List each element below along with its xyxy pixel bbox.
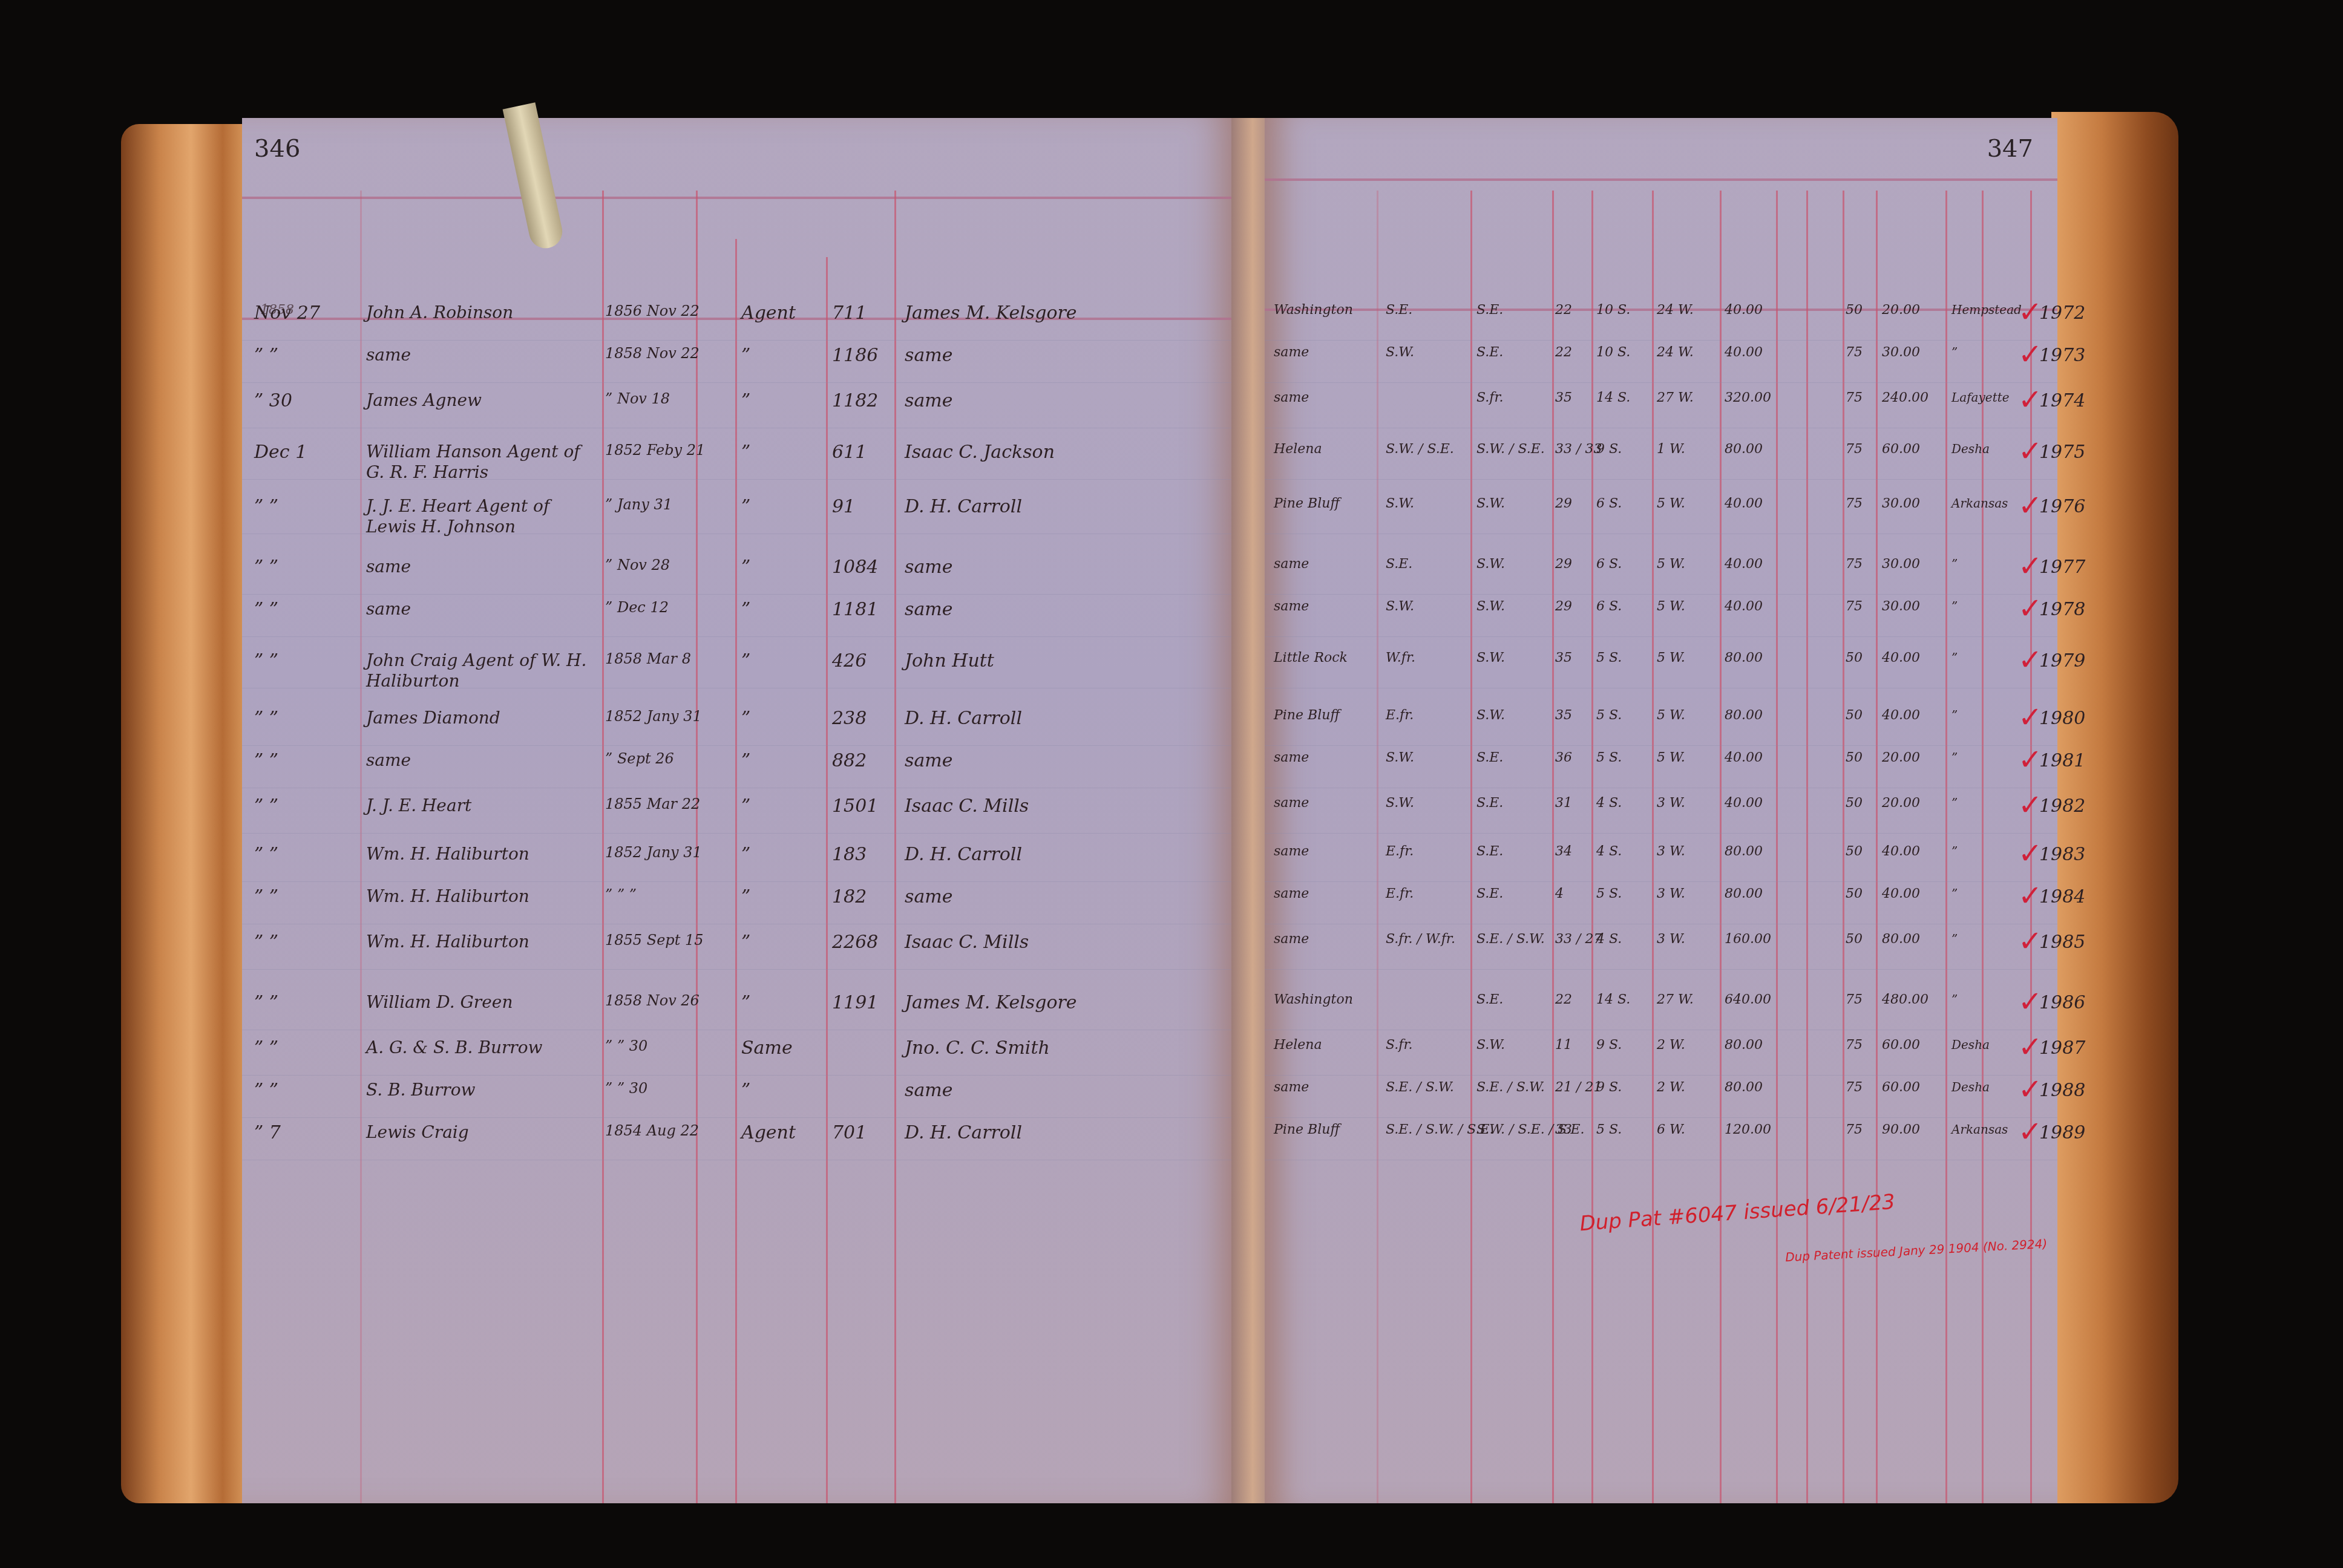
amount: 90.00 bbox=[1882, 1122, 1920, 1137]
original-date: 1858 Mar 8 bbox=[605, 650, 691, 667]
subdivision-1: S.E. bbox=[1386, 557, 1412, 572]
acres: 160.00 bbox=[1725, 932, 1771, 947]
amount: 60.00 bbox=[1882, 442, 1920, 457]
acres: 640.00 bbox=[1725, 992, 1771, 1007]
original-date: 1858 Nov 26 bbox=[605, 992, 700, 1009]
land-office: Helena bbox=[1274, 1037, 1322, 1053]
county: Desha bbox=[1951, 442, 1990, 456]
applicant-name: James Diamond bbox=[366, 708, 596, 728]
range: 24 W. bbox=[1657, 302, 1694, 318]
open-ledger: 346 1858 Nov 27 John A. Robinson 1856 No… bbox=[121, 106, 2178, 1521]
subdivision-1: E.fr. bbox=[1386, 886, 1414, 901]
entry-date: Dec 1 bbox=[254, 442, 357, 463]
rate-cents: 50 bbox=[1846, 795, 1863, 811]
range: 5 W. bbox=[1657, 708, 1685, 723]
amount: 60.00 bbox=[1882, 1080, 1920, 1095]
township: 5 S. bbox=[1596, 708, 1622, 723]
entry-number: 1982 bbox=[2039, 795, 2085, 817]
subdivision-1: S.W. bbox=[1386, 750, 1414, 765]
register-officer: D. H. Carroll bbox=[905, 708, 1022, 729]
amount: 60.00 bbox=[1882, 1037, 1920, 1053]
annotation-duplicate-patent: Dup Pat #6047 issued 6/21/23 bbox=[1579, 1190, 1896, 1236]
original-date: 1852 Jany 31 bbox=[605, 708, 702, 725]
entry-number: 1983 bbox=[2039, 844, 2085, 865]
rate-cents: 50 bbox=[1846, 708, 1863, 723]
township: 14 S. bbox=[1596, 992, 1630, 1007]
ruled-line bbox=[242, 636, 1240, 637]
table-row: Helena S.fr. S.W. 11 9 S. 2 W. 80.00 75 … bbox=[1265, 1037, 2057, 1074]
township: 4 S. bbox=[1596, 844, 1622, 859]
entry-date: ” ” bbox=[254, 345, 357, 366]
range: 5 W. bbox=[1657, 750, 1685, 765]
entry-date: ” ” bbox=[254, 932, 357, 953]
ruled-line bbox=[242, 594, 1240, 595]
rate-cents: 50 bbox=[1846, 932, 1863, 947]
certificate-number: 1191 bbox=[832, 992, 878, 1013]
acres: 80.00 bbox=[1725, 1037, 1763, 1053]
subdivision-2: S.E. / S.W. bbox=[1476, 1080, 1545, 1095]
certificate-number: 701 bbox=[832, 1122, 867, 1143]
section: 21 / 21 bbox=[1555, 1080, 1602, 1095]
table-row: ” ” J. J. E. Heart Agent of Lewis H. Joh… bbox=[242, 496, 1240, 532]
register-officer: D. H. Carroll bbox=[905, 1122, 1022, 1143]
subdivision-2: S.W. / S.E. bbox=[1476, 442, 1545, 457]
section: 22 bbox=[1555, 992, 1572, 1007]
township: 5 S. bbox=[1596, 886, 1622, 901]
acres: 80.00 bbox=[1725, 442, 1763, 457]
subdivision-2: S.E. bbox=[1476, 750, 1503, 765]
acres: 80.00 bbox=[1725, 1080, 1763, 1095]
township: 14 S. bbox=[1596, 390, 1630, 405]
land-office: Pine Bluff bbox=[1274, 496, 1340, 511]
table-row: same E.fr. S.E. 4 5 S. 3 W. 80.00 50 40.… bbox=[1265, 886, 2057, 923]
township: 5 S. bbox=[1596, 1122, 1622, 1137]
subdivision-2: S.fr. bbox=[1476, 390, 1504, 405]
certificate-number: 882 bbox=[832, 750, 867, 771]
header-rule-top bbox=[1265, 178, 2057, 181]
section: 34 bbox=[1555, 844, 1572, 859]
original-date: 1855 Sept 15 bbox=[605, 932, 704, 949]
range: 5 W. bbox=[1657, 599, 1685, 614]
entry-number: 1988 bbox=[2039, 1080, 2085, 1101]
register-officer: same bbox=[905, 1080, 952, 1101]
register-officer: same bbox=[905, 886, 952, 907]
certificate-number: 91 bbox=[832, 496, 855, 517]
township: 9 S. bbox=[1596, 1037, 1622, 1053]
township: 4 S. bbox=[1596, 795, 1622, 811]
subdivision-1: S.E. bbox=[1386, 302, 1412, 318]
ruled-line bbox=[242, 1030, 1240, 1030]
subdivision-2: S.E. / S.W. bbox=[1476, 932, 1545, 947]
township: 5 S. bbox=[1596, 650, 1622, 665]
section: 36 bbox=[1555, 750, 1572, 765]
amount: 20.00 bbox=[1882, 750, 1920, 765]
section: 33 / 33 bbox=[1555, 442, 1602, 457]
table-row: ” ” John Craig Agent of W. H. Haliburton… bbox=[242, 650, 1240, 687]
land-office: same bbox=[1274, 886, 1309, 901]
subdivision-1: S.W. bbox=[1386, 345, 1414, 360]
applicant-name: William D. Green bbox=[366, 992, 596, 1013]
certificate-number: 238 bbox=[832, 708, 867, 729]
county: ” bbox=[1951, 650, 1958, 665]
land-office: same bbox=[1274, 932, 1309, 947]
entry-type: ” bbox=[741, 496, 750, 517]
rate-cents: 75 bbox=[1846, 599, 1863, 614]
rate-cents: 50 bbox=[1846, 886, 1863, 901]
subdivision-2: S.W. bbox=[1476, 1037, 1505, 1053]
register-officer: Isaac C. Mills bbox=[905, 932, 1029, 953]
table-row: ” ” James Diamond 1852 Jany 31 ” 238 D. … bbox=[242, 708, 1240, 744]
entry-date: ” ” bbox=[254, 557, 357, 578]
entry-type: Agent bbox=[741, 302, 796, 324]
amount: 240.00 bbox=[1882, 390, 1928, 405]
applicant-name: John A. Robinson bbox=[366, 302, 596, 323]
table-row: same S.W. S.E. 22 10 S. 24 W. 40.00 75 3… bbox=[1265, 345, 2057, 381]
range: 6 W. bbox=[1657, 1122, 1685, 1137]
acres: 40.00 bbox=[1725, 557, 1763, 572]
township: 10 S. bbox=[1596, 345, 1630, 360]
original-date: ” Jany 31 bbox=[605, 496, 672, 513]
certificate-number: 1181 bbox=[832, 599, 878, 620]
entry-number: 1986 bbox=[2039, 992, 2085, 1013]
entry-type: Agent bbox=[741, 1122, 796, 1143]
subdivision-2: S.E. bbox=[1476, 302, 1503, 318]
rate-cents: 75 bbox=[1846, 1037, 1863, 1053]
section: 31 bbox=[1555, 795, 1572, 811]
table-row: Washington S.E. S.E. 22 10 S. 24 W. 40.0… bbox=[1265, 302, 2057, 339]
county: ” bbox=[1951, 557, 1958, 571]
left-page-number: 346 bbox=[254, 135, 300, 163]
entry-number: 1976 bbox=[2039, 496, 2085, 517]
amount: 30.00 bbox=[1882, 557, 1920, 572]
range: 5 W. bbox=[1657, 496, 1685, 511]
entry-date: ” ” bbox=[254, 650, 357, 671]
register-officer: James M. Kelsgore bbox=[905, 992, 1077, 1013]
ruled-line bbox=[242, 479, 1240, 480]
right-page-number: 347 bbox=[1987, 135, 2033, 163]
subdivision-2: S.W. bbox=[1476, 496, 1505, 511]
entry-number: 1972 bbox=[2039, 302, 2085, 324]
acres: 120.00 bbox=[1725, 1122, 1771, 1137]
entry-number: 1974 bbox=[2039, 390, 2085, 411]
entry-type: ” bbox=[741, 992, 750, 1013]
subdivision-2: S.W. bbox=[1476, 557, 1505, 572]
entry-type: ” bbox=[741, 650, 750, 671]
ruled-line bbox=[242, 688, 1240, 688]
township: 10 S. bbox=[1596, 302, 1630, 318]
entry-type: ” bbox=[741, 345, 750, 366]
ruled-line bbox=[242, 340, 1240, 341]
applicant-name: John Craig Agent of W. H. Haliburton bbox=[366, 650, 596, 691]
amount: 80.00 bbox=[1882, 932, 1920, 947]
entry-date: ” ” bbox=[254, 708, 357, 729]
original-date: ” Nov 28 bbox=[605, 557, 670, 573]
entry-date: ” ” bbox=[254, 496, 357, 517]
acres: 320.00 bbox=[1725, 390, 1771, 405]
register-officer: D. H. Carroll bbox=[905, 496, 1022, 517]
entry-type: ” bbox=[741, 442, 750, 463]
township: 6 S. bbox=[1596, 599, 1622, 614]
table-row: Little Rock W.fr. S.W. 35 5 S. 5 W. 80.0… bbox=[1265, 650, 2057, 687]
entry-number: 1987 bbox=[2039, 1037, 2085, 1059]
acres: 40.00 bbox=[1725, 599, 1763, 614]
entry-number: 1975 bbox=[2039, 442, 2085, 463]
range: 24 W. bbox=[1657, 345, 1694, 360]
applicant-name: same bbox=[366, 345, 596, 365]
range: 3 W. bbox=[1657, 844, 1685, 859]
original-date: ” Dec 12 bbox=[605, 599, 669, 616]
section: 22 bbox=[1555, 345, 1572, 360]
table-row: ” ” S. B. Burrow ” ” 30 ” same bbox=[242, 1080, 1240, 1116]
township: 5 S. bbox=[1596, 750, 1622, 765]
register-officer: Jno. C. C. Smith bbox=[905, 1037, 1050, 1059]
section: 11 bbox=[1555, 1037, 1572, 1053]
header-rule-top bbox=[242, 197, 1240, 199]
entry-date: ” ” bbox=[254, 795, 357, 817]
table-row: ” 30 James Agnew ” Nov 18 ” 1182 same bbox=[242, 390, 1240, 426]
register-officer: same bbox=[905, 345, 952, 366]
ruled-line bbox=[1265, 428, 2057, 428]
table-row: Pine Bluff E.fr. S.W. 35 5 S. 5 W. 80.00… bbox=[1265, 708, 2057, 744]
entry-type: ” bbox=[741, 844, 750, 865]
section: 35 bbox=[1555, 650, 1572, 665]
original-date: ” Nov 18 bbox=[605, 390, 670, 407]
township: 4 S. bbox=[1596, 932, 1622, 947]
ruled-line bbox=[1265, 1117, 2057, 1118]
certificate-number: 1182 bbox=[832, 390, 878, 411]
ruled-line bbox=[242, 382, 1240, 383]
county: Hempstead bbox=[1951, 302, 2022, 317]
entry-number: 1981 bbox=[2039, 750, 2085, 771]
entry-date: ” ” bbox=[254, 1080, 357, 1101]
ruled-line bbox=[1265, 534, 2057, 534]
rate-cents: 75 bbox=[1846, 557, 1863, 572]
register-officer: James M. Kelsgore bbox=[905, 302, 1077, 324]
table-row: same E.fr. S.E. 34 4 S. 3 W. 80.00 50 40… bbox=[1265, 844, 2057, 880]
subdivision-1: S.fr. bbox=[1386, 1037, 1413, 1053]
rate-cents: 75 bbox=[1846, 496, 1863, 511]
ruled-line bbox=[242, 1075, 1240, 1076]
register-officer: same bbox=[905, 390, 952, 411]
county: Desha bbox=[1951, 1037, 1990, 1052]
ruled-line bbox=[242, 1117, 1240, 1118]
ruled-line bbox=[1265, 788, 2057, 788]
entry-date: ” 7 bbox=[254, 1122, 357, 1143]
applicant-name: Wm. H. Haliburton bbox=[366, 932, 596, 952]
ruled-line bbox=[242, 881, 1240, 882]
acres: 40.00 bbox=[1725, 795, 1763, 811]
range: 2 W. bbox=[1657, 1037, 1685, 1053]
county: ” bbox=[1951, 844, 1958, 858]
land-office: Washington bbox=[1274, 302, 1353, 318]
entry-type: ” bbox=[741, 557, 750, 578]
table-row: ” ” J. J. E. Heart 1855 Mar 22 ” 1501 Is… bbox=[242, 795, 1240, 832]
ruled-line bbox=[1265, 1075, 2057, 1076]
ruled-line bbox=[1265, 636, 2057, 637]
subdivision-1: S.fr. / W.fr. bbox=[1386, 932, 1455, 947]
ruled-line bbox=[1265, 833, 2057, 834]
amount: 480.00 bbox=[1882, 992, 1928, 1007]
certificate-number: 611 bbox=[832, 442, 867, 463]
table-row: ” ” Wm. H. Haliburton 1852 Jany 31 ” 183… bbox=[242, 844, 1240, 880]
original-date: 1855 Mar 22 bbox=[605, 795, 700, 812]
acres: 80.00 bbox=[1725, 708, 1763, 723]
rate-cents: 50 bbox=[1846, 750, 1863, 765]
original-date: ” ” 30 bbox=[605, 1037, 647, 1054]
land-office: same bbox=[1274, 557, 1309, 572]
certificate-number: 1084 bbox=[832, 557, 878, 578]
entry-date: ” ” bbox=[254, 750, 357, 771]
ruled-line bbox=[1265, 1030, 2057, 1030]
table-row: same S.fr. 35 14 S. 27 W. 320.00 75 240.… bbox=[1265, 390, 2057, 426]
land-office: Helena bbox=[1274, 442, 1322, 457]
subdivision-2: S.E. bbox=[1476, 992, 1503, 1007]
ruled-line bbox=[1265, 969, 2057, 970]
range: 3 W. bbox=[1657, 886, 1685, 901]
register-officer: Isaac C. Jackson bbox=[905, 442, 1055, 463]
original-date: 1852 Jany 31 bbox=[605, 844, 702, 861]
rate-cents: 50 bbox=[1846, 844, 1863, 859]
county: ” bbox=[1951, 708, 1958, 722]
subdivision-1: S.W. / S.E. bbox=[1386, 442, 1454, 457]
entry-date: ” ” bbox=[254, 844, 357, 865]
table-row: Nov 27 John A. Robinson 1856 Nov 22 Agen… bbox=[242, 302, 1240, 339]
rate-cents: 75 bbox=[1846, 390, 1863, 405]
ruled-line bbox=[242, 428, 1240, 428]
range: 1 W. bbox=[1657, 442, 1685, 457]
amount: 30.00 bbox=[1882, 496, 1920, 511]
table-row: same S.W. S.W. 29 6 S. 5 W. 40.00 75 30.… bbox=[1265, 599, 2057, 635]
left-page: 346 1858 Nov 27 John A. Robinson 1856 No… bbox=[242, 118, 1240, 1503]
table-row: same S.W. S.E. 36 5 S. 5 W. 40.00 50 20.… bbox=[1265, 750, 2057, 786]
ruled-line bbox=[1265, 688, 2057, 688]
entry-type: ” bbox=[741, 795, 750, 817]
land-office: Pine Bluff bbox=[1274, 708, 1340, 723]
table-row: ” 7 Lewis Craig 1854 Aug 22 Agent 701 D.… bbox=[242, 1122, 1240, 1158]
certificate-number: 183 bbox=[832, 844, 867, 865]
amount: 40.00 bbox=[1882, 650, 1920, 665]
table-row: same S.E. / S.W. S.E. / S.W. 21 / 21 9 S… bbox=[1265, 1080, 2057, 1116]
section: 35 bbox=[1555, 708, 1572, 723]
amount: 30.00 bbox=[1882, 345, 1920, 360]
ruled-line bbox=[1265, 1160, 2057, 1160]
certificate-number: 426 bbox=[832, 650, 867, 671]
entry-date: Nov 27 bbox=[254, 302, 357, 324]
entry-number: 1977 bbox=[2039, 557, 2085, 578]
acres: 40.00 bbox=[1725, 302, 1763, 318]
table-row: Washington S.E. 22 14 S. 27 W. 640.00 75… bbox=[1265, 992, 2057, 1028]
range: 27 W. bbox=[1657, 992, 1694, 1007]
acres: 40.00 bbox=[1725, 750, 1763, 765]
township: 6 S. bbox=[1596, 557, 1622, 572]
county: ” bbox=[1951, 795, 1958, 810]
subdivision-2: S.E. bbox=[1476, 345, 1503, 360]
certificate-number: 2268 bbox=[832, 932, 878, 953]
original-date: 1852 Feby 21 bbox=[605, 442, 705, 459]
rate-cents: 75 bbox=[1846, 1080, 1863, 1095]
ruled-line bbox=[242, 1160, 1240, 1160]
subdivision-1: S.E. / S.W. bbox=[1386, 1080, 1454, 1095]
table-row: ” ” same ” Sept 26 ” 882 same bbox=[242, 750, 1240, 786]
entry-date: ” ” bbox=[254, 1037, 357, 1059]
rate-cents: 75 bbox=[1846, 345, 1863, 360]
acres: 80.00 bbox=[1725, 886, 1763, 901]
section: 33 bbox=[1555, 1122, 1572, 1137]
amount: 20.00 bbox=[1882, 795, 1920, 811]
county: ” bbox=[1951, 886, 1958, 901]
subdivision-1: W.fr. bbox=[1386, 650, 1415, 665]
land-office: Pine Bluff bbox=[1274, 1122, 1340, 1137]
ruled-line bbox=[1265, 881, 2057, 882]
ruled-line bbox=[242, 924, 1240, 924]
applicant-name: William Hanson Agent of G. R. F. Harris bbox=[366, 442, 596, 483]
entry-type: ” bbox=[741, 932, 750, 953]
land-office: same bbox=[1274, 1080, 1309, 1095]
subdivision-1: S.W. bbox=[1386, 795, 1414, 811]
subdivision-2: S.W. bbox=[1476, 650, 1505, 665]
ruled-line bbox=[242, 969, 1240, 970]
county: Lafayette bbox=[1951, 390, 2010, 405]
entry-type: ” bbox=[741, 390, 750, 411]
table-row: same S.E. S.W. 29 6 S. 5 W. 40.00 75 30.… bbox=[1265, 557, 2057, 593]
subdivision-2: S.W. bbox=[1476, 599, 1505, 614]
entry-type: ” bbox=[741, 886, 750, 907]
right-page: 347 Washington S.E. S.E. 22 10 S. 24 W. … bbox=[1265, 118, 2057, 1503]
land-office: same bbox=[1274, 844, 1309, 859]
subdivision-1: S.W. bbox=[1386, 599, 1414, 614]
land-office: same bbox=[1274, 750, 1309, 765]
amount: 30.00 bbox=[1882, 599, 1920, 614]
range: 3 W. bbox=[1657, 795, 1685, 811]
entry-number: 1989 bbox=[2039, 1122, 2085, 1143]
table-row: ” ” same 1858 Nov 22 ” 1186 same bbox=[242, 345, 1240, 381]
land-office: Little Rock bbox=[1274, 650, 1348, 665]
original-date: ” ” ” bbox=[605, 886, 637, 903]
applicant-name: same bbox=[366, 599, 596, 619]
applicant-name: J. J. E. Heart bbox=[366, 795, 596, 816]
applicant-name: J. J. E. Heart Agent of Lewis H. Johnson bbox=[366, 496, 596, 537]
land-office: same bbox=[1274, 390, 1309, 405]
original-date: 1858 Nov 22 bbox=[605, 345, 700, 362]
section: 29 bbox=[1555, 599, 1572, 614]
section: 29 bbox=[1555, 496, 1572, 511]
subdivision-1: E.fr. bbox=[1386, 708, 1414, 723]
certificate-number: 711 bbox=[832, 302, 867, 324]
table-row: ” ” William D. Green 1858 Nov 26 ” 1191 … bbox=[242, 992, 1240, 1028]
table-row: Pine Bluff S.E. / S.W. / S.E. S.W. / S.E… bbox=[1265, 1122, 2057, 1158]
register-officer: John Hutt bbox=[905, 650, 994, 671]
land-office: same bbox=[1274, 795, 1309, 811]
range: 5 W. bbox=[1657, 557, 1685, 572]
table-row: ” ” same ” Nov 28 ” 1084 same bbox=[242, 557, 1240, 593]
rate-cents: 50 bbox=[1846, 302, 1863, 318]
subdivision-2: S.E. bbox=[1476, 844, 1503, 859]
applicant-name: A. G. & S. B. Burrow bbox=[366, 1037, 596, 1058]
table-row: ” ” A. G. & S. B. Burrow ” ” 30 Same Jno… bbox=[242, 1037, 1240, 1074]
range: 27 W. bbox=[1657, 390, 1694, 405]
register-officer: same bbox=[905, 557, 952, 578]
county: Desha bbox=[1951, 1080, 1990, 1094]
subdivision-1: S.W. bbox=[1386, 496, 1414, 511]
certificate-number: 182 bbox=[832, 886, 867, 907]
register-officer: same bbox=[905, 750, 952, 771]
county: ” bbox=[1951, 932, 1958, 946]
county: ” bbox=[1951, 750, 1958, 765]
range: 5 W. bbox=[1657, 650, 1685, 665]
ruled-line bbox=[1265, 924, 2057, 924]
ruled-line bbox=[1265, 479, 2057, 480]
rate-cents: 75 bbox=[1846, 1122, 1863, 1137]
